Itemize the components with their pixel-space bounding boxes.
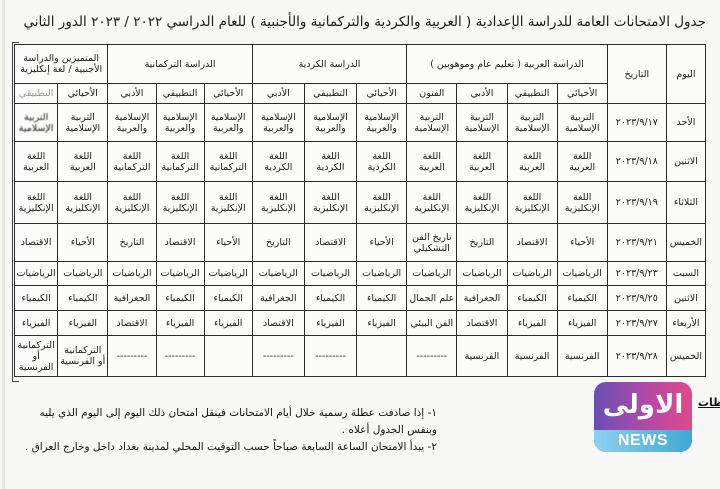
cell: اللغة العربية xyxy=(15,142,58,182)
cell: الرياضيات xyxy=(156,262,204,286)
cell: التربية الإسلامية xyxy=(58,104,108,142)
row-day: الخميس xyxy=(666,336,705,377)
row-day: الثلاثاء xyxy=(666,182,705,224)
exam-schedule-table: اليوم التاريخ الدراسة العربية ( تعليم عا… xyxy=(14,44,706,377)
cell: الكيمياء xyxy=(58,286,108,311)
row-day: الاثنين xyxy=(666,286,705,311)
watermark-brand: الاولى xyxy=(594,389,692,421)
table-row: الأربعاء ٢٠٢٣/٩/٢٧ الفيزياء الفيزياء الا… xyxy=(15,311,706,336)
row-date: ٢٠٢٣/٩/٢٣ xyxy=(607,262,666,286)
row-date: ٢٠٢٣/٩/١٧ xyxy=(607,104,666,142)
sub-arabic-biology: الأحيائي xyxy=(557,84,607,104)
cell: اللغة الكردية xyxy=(304,142,356,182)
table-row: الخميس ٢٠٢٣/٩/٢١ الأحياء الاقتصاد التاري… xyxy=(15,224,706,262)
cell: الكيمياء xyxy=(557,286,607,311)
row-day: الخميس xyxy=(666,224,705,262)
cell: الأحياء xyxy=(557,224,607,262)
sub-turkmen-applied: التطبيقي xyxy=(156,84,204,104)
cell: الرياضيات xyxy=(108,262,156,286)
cell xyxy=(204,336,252,377)
header-foreign-study: المتميزين والدراسة الأجنبية / لغة إنكليز… xyxy=(15,45,108,84)
row-date: ٢٠٢٣/٩/٢٨ xyxy=(607,336,666,377)
cell: الكيمياء xyxy=(357,286,407,311)
cell: الفيزياء xyxy=(58,311,108,336)
cell: الكيمياء xyxy=(304,286,356,311)
cell: الفرنسية xyxy=(507,336,557,377)
cell: الفيزياء xyxy=(557,311,607,336)
sub-arabic-applied: التطبيقي xyxy=(507,84,557,104)
cell: اللغة العربية xyxy=(58,142,108,182)
cell: --------- xyxy=(156,336,204,377)
cell: الأحياء xyxy=(204,224,252,262)
header-day: اليوم xyxy=(666,45,705,104)
cell: الرياضيات xyxy=(507,262,557,286)
cell: --------- xyxy=(304,336,356,377)
cell: اللغة الإنكليزية xyxy=(304,182,356,224)
cell: الاقتصاد xyxy=(15,224,58,262)
header-turkmen-study: الدراسة التركمانية xyxy=(108,45,252,84)
cell: الرياضيات xyxy=(204,262,252,286)
header-kurdish-study: الدراسة الكردية xyxy=(252,45,406,84)
cell: علم الجمال xyxy=(407,286,457,311)
cell: تاريخ الفن التشكيلي xyxy=(407,224,457,262)
cell: اللغة الكردية xyxy=(357,142,407,182)
cell: التركمانية أو الفرنسية xyxy=(15,336,58,377)
cell: اللغة الإنكليزية xyxy=(15,182,58,224)
watermark-logo: الاولى NEWS xyxy=(594,382,692,452)
cell: الاقتصاد xyxy=(507,224,557,262)
cell: الإسلامية والعربية xyxy=(204,104,252,142)
cell: اللغة العربية xyxy=(557,142,607,182)
cell: الكيمياء xyxy=(204,286,252,311)
cell: اللغة التركمانية xyxy=(156,142,204,182)
cell: الكيمياء xyxy=(507,286,557,311)
table-row: الاثنين ٢٠٢٣/٩/٢٥ الكيمياء الكيمياء الجغ… xyxy=(15,286,706,311)
cell: التربية الإسلامية xyxy=(507,104,557,142)
row-day: السبت xyxy=(666,262,705,286)
cell: التاريخ xyxy=(108,224,156,262)
cell: الرياضيات xyxy=(407,262,457,286)
cell: التربية الإسلامية xyxy=(557,104,607,142)
cell: اللغة العربية xyxy=(507,142,557,182)
cell: التربية الإسلامية xyxy=(15,104,58,142)
row-date: ٢٠٢٣/٩/٢٥ xyxy=(607,286,666,311)
cell: الأحياء xyxy=(58,224,108,262)
scan-edge xyxy=(2,0,5,489)
cell: الرياضيات xyxy=(457,262,507,286)
sub-kurdish-biology: الأحيائي xyxy=(357,84,407,104)
note-line-2: ٢- يبدأ الامتحان الساعة السابعة صباحاً ح… xyxy=(17,439,437,456)
cell: اللغة العربية xyxy=(407,142,457,182)
table-row: الثلاثاء ٢٠٢٣/٩/١٩ اللغة الإنكليزية اللغ… xyxy=(15,182,706,224)
cell: الاقتصاد xyxy=(156,224,204,262)
notes: ١- إذا صادفت عطلة رسمية خلال أيام الامتح… xyxy=(17,405,437,456)
cell: الرياضيات xyxy=(58,262,108,286)
cell xyxy=(357,336,407,377)
note-line-1: ١- إذا صادفت عطلة رسمية خلال أيام الامتح… xyxy=(17,405,437,439)
cell: اللغة التركمانية xyxy=(204,142,252,182)
cell: الفيزياء xyxy=(357,311,407,336)
sub-foreign-applied: التطبيقي xyxy=(15,84,58,104)
notes-label: ملاحظات xyxy=(698,396,720,409)
cell: الإسلامية والعربية xyxy=(108,104,156,142)
cell: اللغة الإنكليزية xyxy=(204,182,252,224)
sub-kurdish-literary: الأدبي xyxy=(252,84,304,104)
row-day: الأربعاء xyxy=(666,311,705,336)
cell: الفيزياء xyxy=(156,311,204,336)
cell: الفرنسية xyxy=(557,336,607,377)
cell: اللغة الإنكليزية xyxy=(507,182,557,224)
cell: الفن البيئي xyxy=(407,311,457,336)
cell: التاريخ xyxy=(252,224,304,262)
table-row: الاثنين ٢٠٢٣/٩/١٨ اللغة العربية اللغة ال… xyxy=(15,142,706,182)
cell: --------- xyxy=(252,336,304,377)
cell: اللغة الإنكليزية xyxy=(252,182,304,224)
sub-turkmen-biology: الأحيائي xyxy=(204,84,252,104)
cell: اللغة الإنكليزية xyxy=(407,182,457,224)
sub-arabic-literary: الأدبي xyxy=(457,84,507,104)
cell: الرياضيات xyxy=(15,262,58,286)
cell: --------- xyxy=(108,336,156,377)
cell: الجغرافية xyxy=(252,286,304,311)
cell: الفيزياء xyxy=(507,311,557,336)
cell: التركمانية أو الفرنسية xyxy=(58,336,108,377)
table-row: الأحد ٢٠٢٣/٩/١٧ التربية الإسلامية التربي… xyxy=(15,104,706,142)
cell: الكيمياء xyxy=(156,286,204,311)
cell: التربية الإسلامية xyxy=(407,104,457,142)
cell: الإسلامية والعربية xyxy=(252,104,304,142)
cell: اللغة الكردية xyxy=(252,142,304,182)
cell: اللغة التركمانية xyxy=(108,142,156,182)
cell: اللغة العربية xyxy=(457,142,507,182)
cell: الجغرافية xyxy=(108,286,156,311)
cell: الرياضيات xyxy=(252,262,304,286)
table-row: السبت ٢٠٢٣/٩/٢٣ الرياضيات الرياضيات الري… xyxy=(15,262,706,286)
cell: الاقتصاد xyxy=(252,311,304,336)
cell: الفيزياء xyxy=(304,311,356,336)
cell: --------- xyxy=(407,336,457,377)
cell: الرياضيات xyxy=(557,262,607,286)
row-date: ٢٠٢٣/٩/٢٧ xyxy=(607,311,666,336)
cell: اللغة الإنكليزية xyxy=(108,182,156,224)
row-date: ٢٠٢٣/٩/١٩ xyxy=(607,182,666,224)
row-date: ٢٠٢٣/٩/٢١ xyxy=(607,224,666,262)
cell: اللغة الإنكليزية xyxy=(357,182,407,224)
cell: الإسلامية والعربية xyxy=(156,104,204,142)
header-date: التاريخ xyxy=(607,45,666,104)
cell: الرياضيات xyxy=(304,262,356,286)
cell: اللغة الإنكليزية xyxy=(557,182,607,224)
cell: الرياضيات xyxy=(357,262,407,286)
document-title: جدول الامتحانات العامة للدراسة الإعدادية… xyxy=(0,14,706,30)
cell: اللغة الإنكليزية xyxy=(156,182,204,224)
cell: الاقتصاد xyxy=(457,311,507,336)
cell: التربية الإسلامية xyxy=(457,104,507,142)
cell: الفرنسية xyxy=(457,336,507,377)
row-date: ٢٠٢٣/٩/١٨ xyxy=(607,142,666,182)
cell: الجغرافية xyxy=(457,286,507,311)
sub-turkmen-literary: الأدبي xyxy=(108,84,156,104)
cell: اللغة الإنكليزية xyxy=(58,182,108,224)
cell: الاقتصاد xyxy=(108,311,156,336)
row-day: الاثنين xyxy=(666,142,705,182)
row-day: الأحد xyxy=(666,104,705,142)
header-arabic-study: الدراسة العربية ( تعليم عام وموهوبين ) xyxy=(407,45,608,84)
cell: الإسلامية والعربية xyxy=(357,104,407,142)
cell: الاقتصاد xyxy=(304,224,356,262)
sub-kurdish-applied: التطبيقي xyxy=(304,84,356,104)
cell: الإسلامية والعربية xyxy=(304,104,356,142)
cell: التاريخ xyxy=(457,224,507,262)
cell: الأحياء xyxy=(357,224,407,262)
cell: الفيزياء xyxy=(204,311,252,336)
sub-arabic-arts: الفنون xyxy=(407,84,457,104)
watermark-news: NEWS xyxy=(594,430,692,452)
cell: اللغة الإنكليزية xyxy=(457,182,507,224)
cell: الفيزياء xyxy=(15,311,58,336)
cell: الكيمياء xyxy=(15,286,58,311)
table-row: الخميس ٢٠٢٣/٩/٢٨ الفرنسية الفرنسية الفرن… xyxy=(15,336,706,377)
sub-foreign-biology: الأحيائي xyxy=(58,84,108,104)
